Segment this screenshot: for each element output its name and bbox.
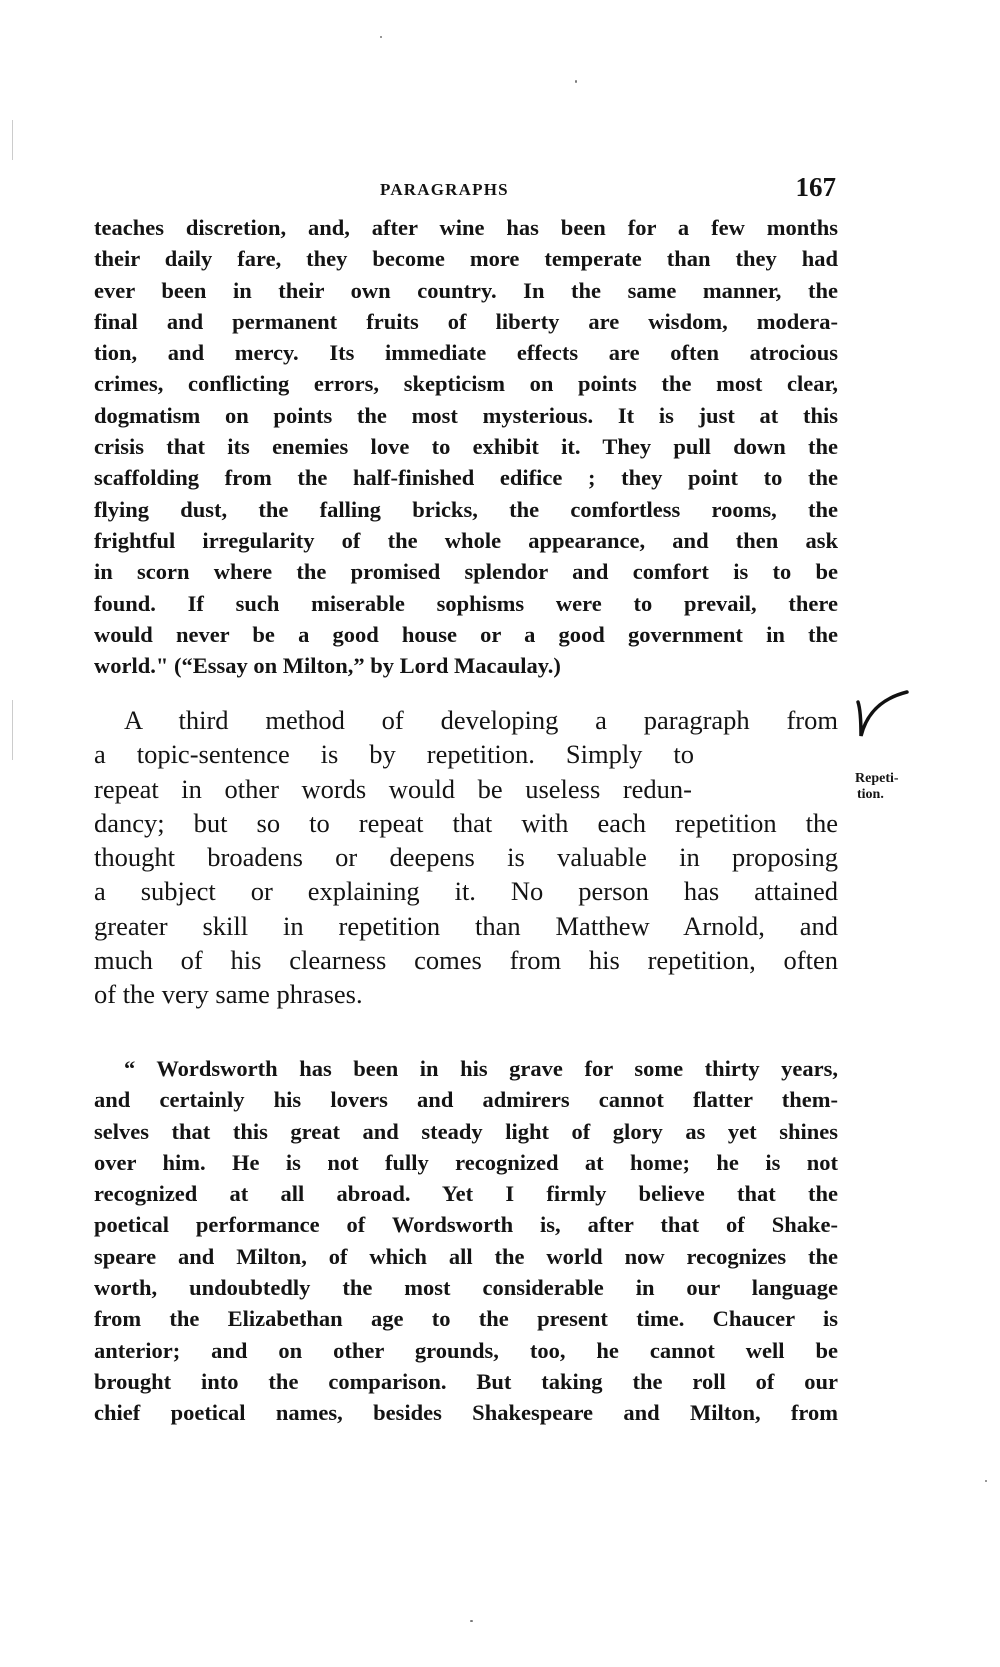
body-paragraph: A third method of developing a paragraph… (94, 703, 838, 1012)
quote-line: anterior; and on other grounds, too, he … (94, 1335, 838, 1366)
margin-note: Repeti- tion. (855, 771, 899, 803)
quote-line: recognized at all abroad. Yet I firmly b… (94, 1178, 838, 1209)
quote-line: speare and Milton, of which all the worl… (94, 1241, 838, 1272)
quote-line: teaches discretion, and, after wine has … (94, 212, 838, 243)
arnold-quote: “ Wordsworth has been in his grave for s… (94, 1053, 838, 1429)
quote-line: ever been in their own country. In the s… (94, 275, 838, 306)
quote-line: over him. He is not fully recognized at … (94, 1147, 838, 1178)
scan-speck (380, 36, 382, 38)
quote-line: “ Wordsworth has been in his grave for s… (94, 1053, 838, 1084)
quote-line: brought into the comparison. But taking … (94, 1366, 838, 1397)
quote-line: scaffolding from the half-finished edifi… (94, 462, 838, 493)
quote-line: flying dust, the falling bricks, the com… (94, 494, 838, 525)
quote-line: poetical performance of Wordsworth is, a… (94, 1209, 838, 1240)
running-head: PARAGRAPHS 167 (94, 176, 838, 206)
scan-edge (12, 700, 13, 760)
quote-line: in scorn where the promised splendor and… (94, 556, 838, 587)
quote-line: crimes, conflicting errors, skepticism o… (94, 368, 838, 399)
book-page: PARAGRAPHS 167 teaches discretion, and, … (0, 0, 1000, 1667)
quote-line: frightful irregularity of the whole appe… (94, 525, 838, 556)
paragraph-line: dancy; but so to repeat that with each r… (94, 806, 838, 840)
paragraph-line: thought broadens or deepens is valuable … (94, 840, 838, 874)
margin-note-line: Repeti- (855, 771, 899, 787)
quote-line: found. If such miserable sophisms were t… (94, 588, 838, 619)
quote-line: chief poetical names, besides Shakespear… (94, 1397, 838, 1428)
macaulay-quote-continuation: teaches discretion, and, after wine has … (94, 212, 838, 681)
paragraph-line: greater skill in repetition than Matthew… (94, 909, 838, 943)
check-mark-icon (855, 690, 915, 740)
paragraph-line: A third method of developing a paragraph… (94, 703, 838, 737)
paragraph-line: repeat in other words would be useless r… (94, 772, 692, 806)
margin-note-line: tion. (855, 787, 899, 803)
page-number: 167 (796, 172, 837, 203)
quote-line: from the Elizabethan age to the present … (94, 1303, 838, 1334)
quote-line: their daily fare, they become more tempe… (94, 243, 838, 274)
paragraph-line: of the very same phrases. (94, 977, 838, 1011)
paragraph-line: much of his clearness comes from his rep… (94, 943, 838, 977)
paragraph-line: a topic-sentence is by repetition. Simpl… (94, 737, 694, 771)
running-title: PARAGRAPHS (380, 180, 509, 200)
quote-line: selves that this great and steady light … (94, 1116, 838, 1147)
paragraph-line: a subject or explaining it. No person ha… (94, 874, 838, 908)
quote-line: dogmatism on points the most mysterious.… (94, 400, 838, 431)
quote-line: worth, undoubtedly the most considerable… (94, 1272, 838, 1303)
scan-speck (470, 1620, 473, 1622)
quote-line: tion, and mercy. Its immediate effects a… (94, 337, 838, 368)
quote-line: world." (“Essay on Milton,” by Lord Maca… (94, 650, 838, 681)
quote-line: final and permanent fruits of liberty ar… (94, 306, 838, 337)
scan-edge (12, 120, 13, 160)
quote-line: would never be a good house or a good go… (94, 619, 838, 650)
quote-line: and certainly his lovers and admirers ca… (94, 1084, 838, 1115)
scan-speck (985, 1480, 987, 1482)
scan-speck (575, 80, 577, 83)
quote-line: crisis that its enemies love to exhibit … (94, 431, 838, 462)
